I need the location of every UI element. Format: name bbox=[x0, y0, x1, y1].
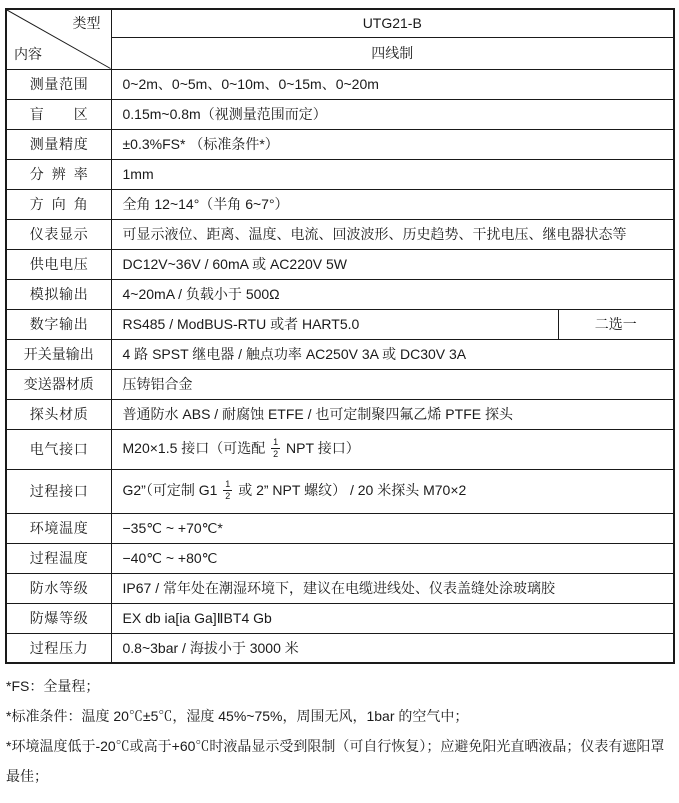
corner-cell: 类型 内容 bbox=[6, 9, 111, 69]
row-label: 过程接口 bbox=[30, 481, 88, 501]
row-value-cell: −35℃ ~ +70℃* bbox=[111, 513, 674, 543]
row-label-cell: 防爆等级 bbox=[6, 603, 111, 633]
corner-type-label: 类型 bbox=[73, 13, 101, 33]
row-label-cell: 盲区 bbox=[6, 99, 111, 129]
stacked-fraction: 12 bbox=[223, 479, 232, 501]
spec-row: 模拟输出 4~20mA / 负载小于 500Ω bbox=[6, 279, 674, 309]
row-value-cell: EX db ia[ia Ga]ⅡBT4 Gb bbox=[111, 603, 674, 633]
spec-row: 电气接口 M20×1.5 接口（可选配 12 NPT 接口） bbox=[6, 429, 674, 469]
row-label-cell: 防水等级 bbox=[6, 573, 111, 603]
row-label-cell: 过程温度 bbox=[6, 543, 111, 573]
row-value: RS485 / ModBUS-RTU 或者 HART5.0 bbox=[123, 316, 360, 332]
row-label-cell: 测量范围 bbox=[6, 69, 111, 99]
row-label-cell: 开关量输出 bbox=[6, 339, 111, 369]
row-value: 1mm bbox=[123, 166, 154, 182]
row-label-cell: 电气接口 bbox=[6, 429, 111, 469]
row-label: 仪表显示 bbox=[30, 224, 88, 244]
stacked-fraction: 12 bbox=[271, 437, 280, 459]
row-value-cell: 0.8~3bar / 海拔小于 3000 米 bbox=[111, 633, 674, 663]
spec-table-body: 类型 内容 UTG21-B 四线制 测量范围 0~2m、0~5m、0~10m、0… bbox=[6, 9, 674, 663]
row-value-cell: −40℃ ~ +80℃ bbox=[111, 543, 674, 573]
row-value-cell: 全角 12~14°（半角 6~7°） bbox=[111, 189, 674, 219]
row-label: 开关量输出 bbox=[24, 344, 94, 364]
row-label-cell: 探头材质 bbox=[6, 399, 111, 429]
row-label: 数字输出 bbox=[30, 314, 88, 334]
row-label-cell: 分辨率 bbox=[6, 159, 111, 189]
row-value-cell: M20×1.5 接口（可选配 12 NPT 接口） bbox=[111, 429, 674, 469]
row-value: 0.8~3bar / 海拔小于 3000 米 bbox=[123, 640, 299, 656]
row-label-cell: 方向角 bbox=[6, 189, 111, 219]
row-value: 全角 12~14°（半角 6~7°） bbox=[123, 196, 289, 212]
row-label: 变送器材质 bbox=[24, 374, 94, 394]
corner-content-label: 内容 bbox=[14, 44, 42, 64]
spec-sheet-page: 类型 内容 UTG21-B 四线制 测量范围 0~2m、0~5m、0~10m、0… bbox=[0, 0, 679, 803]
row-label: 探头材质 bbox=[30, 404, 88, 424]
row-label-cell: 数字输出 bbox=[6, 309, 111, 339]
spec-row: 变送器材质 压铸铝合金 bbox=[6, 369, 674, 399]
row-value: 0.15m~0.8m（视测量范围而定） bbox=[123, 106, 327, 122]
spec-row: 过程接口 G2”（可定制 G1 12 或 2” NPT 螺纹） / 20 米探头… bbox=[6, 469, 674, 513]
row-label: 测量精度 bbox=[30, 134, 88, 154]
spec-row: 测量范围 0~2m、0~5m、0~10m、0~15m、0~20m bbox=[6, 69, 674, 99]
row-label: 模拟输出 bbox=[30, 284, 88, 304]
row-label-cell: 供电电压 bbox=[6, 249, 111, 279]
row-label-cell: 测量精度 bbox=[6, 129, 111, 159]
spec-row: 环境温度 −35℃ ~ +70℃* bbox=[6, 513, 674, 543]
row-value-cell: 1mm bbox=[111, 159, 674, 189]
spec-row: 探头材质 普通防水 ABS / 耐腐蚀 ETFE / 也可定制聚四氟乙烯 PTF… bbox=[6, 399, 674, 429]
spec-row: 供电电压 DC12V~36V / 60mA 或 AC220V 5W bbox=[6, 249, 674, 279]
row-value: −40℃ ~ +80℃ bbox=[123, 550, 218, 566]
row-label-cell: 变送器材质 bbox=[6, 369, 111, 399]
row-value-cell: 0.15m~0.8m（视测量范围而定） bbox=[111, 99, 674, 129]
row-value: 压铸铝合金 bbox=[123, 376, 193, 392]
row-value: 普通防水 ABS / 耐腐蚀 ETFE / 也可定制聚四氟乙烯 PTFE 探头 bbox=[123, 406, 513, 422]
row-value-cell: G2”（可定制 G1 12 或 2” NPT 螺纹） / 20 米探头 M70×… bbox=[111, 469, 674, 513]
row-value: −35℃ ~ +70℃* bbox=[123, 520, 223, 536]
footnote-fs: *FS：全量程； bbox=[6, 671, 673, 701]
row-value-cell: 4 路 SPST 继电器 / 触点功率 AC250V 3A 或 DC30V 3A bbox=[111, 339, 674, 369]
wiring-cell: 四线制 bbox=[111, 37, 674, 69]
row-value: EX db ia[ia Ga]ⅡBT4 Gb bbox=[123, 610, 272, 626]
spec-row: 盲区 0.15m~0.8m（视测量范围而定） bbox=[6, 99, 674, 129]
spec-row: 防水等级 IP67 / 常年处在潮湿环境下，建议在电缆进线处、仪表盖缝处涂玻璃胶 bbox=[6, 573, 674, 603]
row-label: 供电电压 bbox=[30, 254, 88, 274]
spec-row: 方向角 全角 12~14°（半角 6~7°） bbox=[6, 189, 674, 219]
row-label-cell: 环境温度 bbox=[6, 513, 111, 543]
model-cell: UTG21-B bbox=[111, 9, 674, 37]
spec-row: 过程温度 −40℃ ~ +80℃ bbox=[6, 543, 674, 573]
row-label-cell: 仪表显示 bbox=[6, 219, 111, 249]
row-label: 过程压力 bbox=[30, 638, 88, 658]
row-value-cell: 0~2m、0~5m、0~10m、0~15m、0~20m bbox=[111, 69, 674, 99]
footnote-ambient-temp: *环境温度低于-20℃或高于+60℃时液晶显示受到限制（可自行恢复）；应避免阳光… bbox=[6, 731, 673, 791]
spec-row: 测量精度 ±0.3%FS* （标准条件*） bbox=[6, 129, 674, 159]
row-value: M20×1.5 接口（可选配 12 NPT 接口） bbox=[123, 440, 360, 456]
row-value-cell: 可显示液位、距离、温度、电流、回波波形、历史趋势、干扰电压、继电器状态等 bbox=[111, 219, 674, 249]
footnotes: *FS：全量程； *标准条件：温度 20℃±5℃，湿度 45%~75%，周围无风… bbox=[5, 671, 673, 791]
row-value: G2”（可定制 G1 12 或 2” NPT 螺纹） / 20 米探头 M70×… bbox=[123, 482, 467, 498]
row-label: 防水等级 bbox=[30, 578, 88, 598]
row-label: 过程温度 bbox=[30, 548, 88, 568]
row-value: 4 路 SPST 继电器 / 触点功率 AC250V 3A 或 DC30V 3A bbox=[123, 346, 467, 362]
row-value-cell: 普通防水 ABS / 耐腐蚀 ETFE / 也可定制聚四氟乙烯 PTFE 探头 bbox=[111, 399, 674, 429]
header-row-model: 类型 内容 UTG21-B bbox=[6, 9, 674, 37]
row-label-cell: 过程压力 bbox=[6, 633, 111, 663]
row-label: 盲区 bbox=[30, 104, 88, 124]
spec-row: 过程压力 0.8~3bar / 海拔小于 3000 米 bbox=[6, 633, 674, 663]
row-label: 电气接口 bbox=[30, 439, 88, 459]
row-value: 4~20mA / 负载小于 500Ω bbox=[123, 286, 280, 302]
spec-row: 防爆等级 EX db ia[ia Ga]ⅡBT4 Gb bbox=[6, 603, 674, 633]
row-value: 可显示液位、距离、温度、电流、回波波形、历史趋势、干扰电压、继电器状态等 bbox=[123, 226, 627, 242]
spec-row: 开关量输出 4 路 SPST 继电器 / 触点功率 AC250V 3A 或 DC… bbox=[6, 339, 674, 369]
row-value-cell: RS485 / ModBUS-RTU 或者 HART5.0 bbox=[111, 309, 558, 339]
spec-table: 类型 内容 UTG21-B 四线制 测量范围 0~2m、0~5m、0~10m、0… bbox=[5, 8, 675, 664]
row-value: IP67 / 常年处在潮湿环境下，建议在电缆进线处、仪表盖缝处涂玻璃胶 bbox=[123, 580, 555, 596]
row-label: 测量范围 bbox=[30, 74, 88, 94]
row-value-cell: 压铸铝合金 bbox=[111, 369, 674, 399]
row-label: 防爆等级 bbox=[30, 608, 88, 628]
row-label-cell: 过程接口 bbox=[6, 469, 111, 513]
row-value-cell: DC12V~36V / 60mA 或 AC220V 5W bbox=[111, 249, 674, 279]
row-value-cell: 4~20mA / 负载小于 500Ω bbox=[111, 279, 674, 309]
row-label-cell: 模拟输出 bbox=[6, 279, 111, 309]
footnote-standard-conditions: *标准条件：温度 20℃±5℃，湿度 45%~75%，周围无风，1bar 的空气… bbox=[6, 701, 673, 731]
option-note-cell: 二选一 bbox=[558, 309, 674, 339]
row-label: 环境温度 bbox=[30, 518, 88, 538]
spec-row: 数字输出 RS485 / ModBUS-RTU 或者 HART5.0 二选一 bbox=[6, 309, 674, 339]
spec-row: 分辨率 1mm bbox=[6, 159, 674, 189]
spec-row: 仪表显示 可显示液位、距离、温度、电流、回波波形、历史趋势、干扰电压、继电器状态… bbox=[6, 219, 674, 249]
row-value: 0~2m、0~5m、0~10m、0~15m、0~20m bbox=[123, 76, 379, 92]
row-label: 分辨率 bbox=[30, 164, 88, 184]
row-value-cell: ±0.3%FS* （标准条件*） bbox=[111, 129, 674, 159]
row-label: 方向角 bbox=[30, 194, 88, 214]
row-value-cell: IP67 / 常年处在潮湿环境下，建议在电缆进线处、仪表盖缝处涂玻璃胶 bbox=[111, 573, 674, 603]
row-value: DC12V~36V / 60mA 或 AC220V 5W bbox=[123, 256, 348, 272]
row-value: ±0.3%FS* （标准条件*） bbox=[123, 136, 279, 152]
